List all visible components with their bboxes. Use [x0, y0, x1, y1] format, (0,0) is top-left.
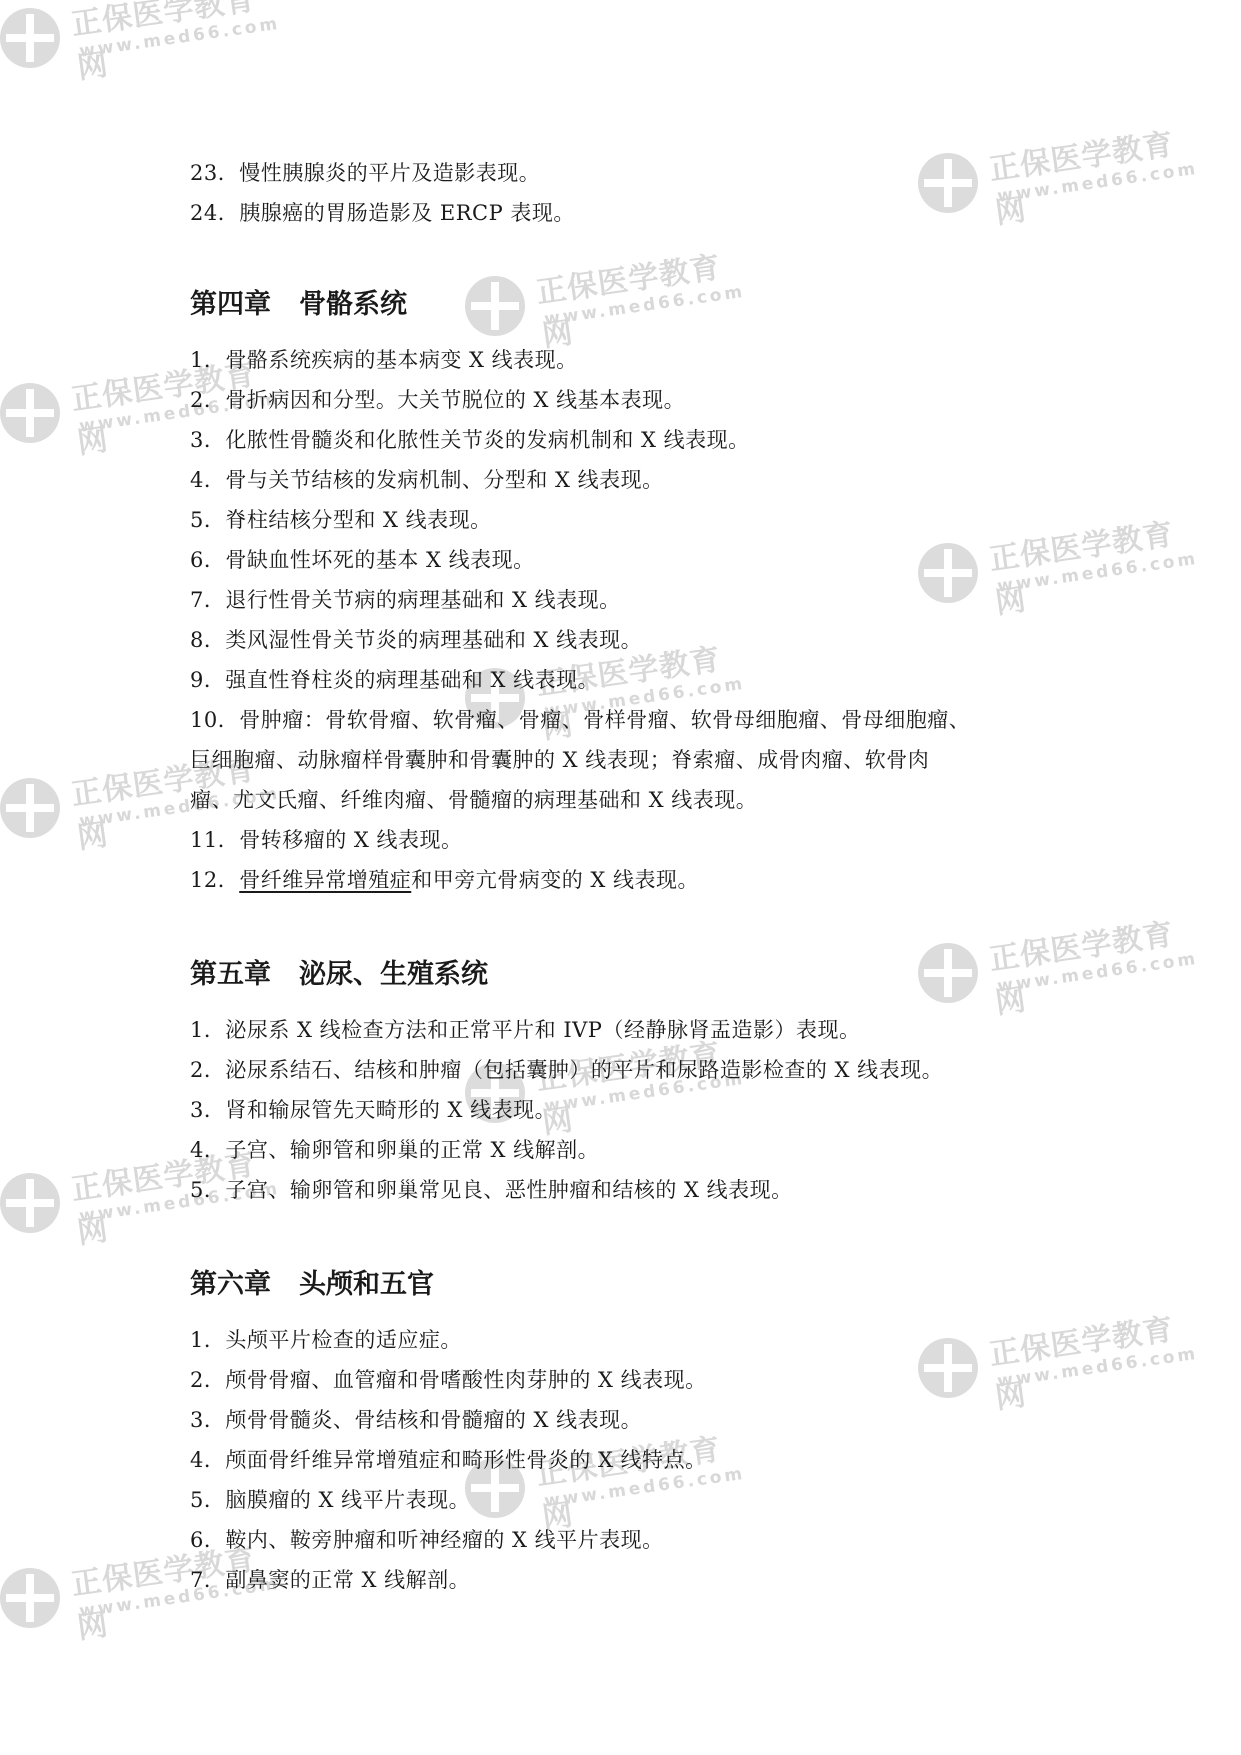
list-item: 2．颅骨骨瘤、血管瘤和骨嗜酸性肉芽肿的 X 线表现。: [190, 1360, 707, 1400]
list-item-continuation: 瘤、尤文氏瘤、纤维肉瘤、骨髓瘤的病理基础和 X 线表现。: [190, 780, 757, 820]
document-page: 正保医学教育网 www.med66.com 正保医学教育网 www.med66.…: [0, 0, 1241, 1755]
list-item: 24．胰腺癌的胃肠造影及 ERCP 表现。: [190, 193, 575, 233]
watermark: 正保医学教育网 www.med66.com: [918, 1330, 1188, 1410]
list-item: 9．强直性脊柱炎的病理基础和 X 线表现。: [190, 660, 599, 700]
list-item: 5．脊柱结核分型和 X 线表现。: [190, 500, 492, 540]
list-item: 4．子宫、输卵管和卵巢的正常 X 线解剖。: [190, 1130, 599, 1170]
chapter-label: 第五章: [190, 959, 271, 990]
watermark: 正保医学教育网 www.med66.com: [918, 535, 1188, 615]
underlined-term: 骨纤维异常增殖症: [239, 868, 411, 892]
watermark-url: www.med66.com: [996, 159, 1199, 207]
item-text: 子宫、输卵管和卵巢的正常 X 线解剖。: [225, 1138, 599, 1162]
list-item: 5．子宫、输卵管和卵巢常见良、恶性肿瘤和结核的 X 线表现。: [190, 1170, 793, 1210]
list-item: 1．头颅平片检查的适应症。: [190, 1320, 462, 1360]
chapter-heading: 第四章骨骼系统: [190, 285, 407, 325]
list-item: 11．骨转移瘤的 X 线表现。: [190, 820, 463, 860]
watermark-logo-icon: [918, 1338, 978, 1398]
list-item-continuation: 巨细胞瘤、动脉瘤样骨囊肿和骨囊肿的 X 线表现；脊索瘤、成骨肉瘤、软骨肉: [190, 740, 929, 780]
watermark-logo-icon: [918, 543, 978, 603]
item-number: 2．: [190, 1058, 225, 1082]
item-text: 颅骨骨髓炎、骨结核和骨髓瘤的 X 线表现。: [225, 1408, 642, 1432]
item-text: 骨转移瘤的 X 线表现。: [239, 828, 462, 852]
list-item: 1．泌尿系 X 线检查方法和正常平片和 IVP（经静脉肾盂造影）表现。: [190, 1010, 860, 1050]
item-number: 6．: [190, 548, 225, 572]
item-text: 退行性骨关节病的病理基础和 X 线表现。: [225, 588, 620, 612]
item-number: 6．: [190, 1528, 225, 1552]
list-item: 4．骨与关节结核的发病机制、分型和 X 线表现。: [190, 460, 664, 500]
watermark-logo-icon: [465, 276, 525, 336]
item-number: 4．: [190, 1448, 225, 1472]
item-text: 骨折病因和分型。大关节脱位的 X 线基本表现。: [225, 388, 685, 412]
item-number: 3．: [190, 1408, 225, 1432]
watermark-brand: 正保医学教育网: [533, 240, 745, 355]
watermark-url: www.med66.com: [543, 282, 746, 330]
item-text: 泌尿系结石、结核和肿瘤（包括囊肿）的平片和尿路造影检查的 X 线表现。: [225, 1058, 943, 1082]
chapter-heading: 第六章头颅和五官: [190, 1265, 434, 1305]
watermark-brand: 正保医学教育网: [986, 1302, 1198, 1417]
list-item: 3．颅骨骨髓炎、骨结核和骨髓瘤的 X 线表现。: [190, 1400, 642, 1440]
item-text: 化脓性骨髓炎和化脓性关节炎的发病机制和 X 线表现。: [225, 428, 749, 452]
list-item: 6．鞍内、鞍旁肿瘤和听神经瘤的 X 线平片表现。: [190, 1520, 664, 1560]
item-text: 副鼻窦的正常 X 线解剖。: [225, 1568, 470, 1592]
list-item: 4．颅面骨纤维异常增殖症和畸形性骨炎的 X 线特点。: [190, 1440, 707, 1480]
item-number: 11．: [190, 828, 239, 852]
list-item: 10．骨肿瘤：骨软骨瘤、软骨瘤、骨瘤、骨样骨瘤、软骨母细胞瘤、骨母细胞瘤、: [190, 700, 970, 740]
watermark-logo-icon: [0, 1173, 60, 1233]
item-text: 和甲旁亢骨病变的 X 线表现。: [411, 868, 699, 892]
item-number: 1．: [190, 1328, 225, 1352]
item-text: 鞍内、鞍旁肿瘤和听神经瘤的 X 线平片表现。: [225, 1528, 663, 1552]
watermark-logo-icon: [0, 1568, 60, 1628]
watermark-url: www.med66.com: [996, 949, 1199, 997]
item-text: 骨骼系统疾病的基本病变 X 线表现。: [225, 348, 577, 372]
list-item: 12．骨纤维异常增殖症和甲旁亢骨病变的 X 线表现。: [190, 860, 699, 900]
item-number: 9．: [190, 668, 225, 692]
list-item: 3．化脓性骨髓炎和化脓性关节炎的发病机制和 X 线表现。: [190, 420, 750, 460]
chapter-title: 泌尿、生殖系统: [299, 959, 488, 990]
item-number: 2．: [190, 1368, 225, 1392]
watermark-brand: 正保医学教育网: [68, 0, 280, 87]
watermark-logo-icon: [0, 383, 60, 443]
item-text: 胰腺癌的胃肠造影及 ERCP 表现。: [239, 201, 575, 225]
chapter-title: 骨骼系统: [299, 289, 407, 320]
watermark-brand: 正保医学教育网: [986, 907, 1198, 1022]
item-text: 骨肿瘤：骨软骨瘤、软骨瘤、骨瘤、骨样骨瘤、软骨母细胞瘤、骨母细胞瘤、: [239, 708, 970, 732]
item-text: 颅面骨纤维异常增殖症和畸形性骨炎的 X 线特点。: [225, 1448, 706, 1472]
item-number: 4．: [190, 1138, 225, 1162]
item-text: 头颅平片检查的适应症。: [225, 1328, 462, 1352]
watermark-url: www.med66.com: [996, 1344, 1199, 1392]
item-number: 5．: [190, 1488, 225, 1512]
list-item: 7．退行性骨关节病的病理基础和 X 线表现。: [190, 580, 621, 620]
list-item: 7．副鼻窦的正常 X 线解剖。: [190, 1560, 470, 1600]
list-item: 8．类风湿性骨关节炎的病理基础和 X 线表现。: [190, 620, 642, 660]
watermark: 正保医学教育网 www.med66.com: [0, 0, 270, 80]
item-number: 2．: [190, 388, 225, 412]
item-number: 1．: [190, 348, 225, 372]
item-text: 子宫、输卵管和卵巢常见良、恶性肿瘤和结核的 X 线表现。: [225, 1178, 792, 1202]
item-text: 脑膜瘤的 X 线平片表现。: [225, 1488, 470, 1512]
list-item: 5．脑膜瘤的 X 线平片表现。: [190, 1480, 470, 1520]
item-text: 脊柱结核分型和 X 线表现。: [225, 508, 491, 532]
item-text: 强直性脊柱炎的病理基础和 X 线表现。: [225, 668, 599, 692]
watermark-url: www.med66.com: [996, 549, 1199, 597]
watermark-logo-icon: [0, 8, 60, 68]
watermark-url: www.med66.com: [78, 14, 281, 62]
chapter-label: 第四章: [190, 289, 271, 320]
item-text: 慢性胰腺炎的平片及造影表现。: [239, 161, 540, 185]
watermark-logo-icon: [918, 943, 978, 1003]
item-text: 肾和输尿管先天畸形的 X 线表现。: [225, 1098, 556, 1122]
item-number: 1．: [190, 1018, 225, 1042]
item-text: 泌尿系 X 线检查方法和正常平片和 IVP（经静脉肾盂造影）表现。: [225, 1018, 860, 1042]
chapter-title: 头颅和五官: [299, 1269, 434, 1300]
item-number: 3．: [190, 428, 225, 452]
item-number: 5．: [190, 508, 225, 532]
list-item: 3．肾和输尿管先天畸形的 X 线表现。: [190, 1090, 556, 1130]
watermark-logo-icon: [0, 778, 60, 838]
item-number: 12．: [190, 868, 239, 892]
chapter-heading: 第五章泌尿、生殖系统: [190, 955, 488, 995]
watermark: 正保医学教育网 www.med66.com: [465, 268, 735, 348]
chapter-label: 第六章: [190, 1269, 271, 1300]
item-text: 类风湿性骨关节炎的病理基础和 X 线表现。: [225, 628, 642, 652]
item-number: 4．: [190, 468, 225, 492]
watermark-logo-icon: [918, 153, 978, 213]
watermark: 正保医学教育网 www.med66.com: [918, 935, 1188, 1015]
item-number: 8．: [190, 628, 225, 652]
watermark: 正保医学教育网 www.med66.com: [918, 145, 1188, 225]
item-number: 7．: [190, 1568, 225, 1592]
list-item: 1．骨骼系统疾病的基本病变 X 线表现。: [190, 340, 578, 380]
item-text: 巨细胞瘤、动脉瘤样骨囊肿和骨囊肿的 X 线表现；脊索瘤、成骨肉瘤、软骨肉: [190, 748, 929, 772]
list-item: 6．骨缺血性坏死的基本 X 线表现。: [190, 540, 535, 580]
list-item: 2．泌尿系结石、结核和肿瘤（包括囊肿）的平片和尿路造影检查的 X 线表现。: [190, 1050, 943, 1090]
item-number: 5．: [190, 1178, 225, 1202]
watermark-brand: 正保医学教育网: [986, 117, 1198, 232]
item-text: 颅骨骨瘤、血管瘤和骨嗜酸性肉芽肿的 X 线表现。: [225, 1368, 706, 1392]
item-text: 瘤、尤文氏瘤、纤维肉瘤、骨髓瘤的病理基础和 X 线表现。: [190, 788, 757, 812]
item-number: 7．: [190, 588, 225, 612]
item-text: 骨缺血性坏死的基本 X 线表现。: [225, 548, 534, 572]
watermark-brand: 正保医学教育网: [986, 507, 1198, 622]
list-item: 23．慢性胰腺炎的平片及造影表现。: [190, 153, 540, 193]
item-text: 骨与关节结核的发病机制、分型和 X 线表现。: [225, 468, 663, 492]
list-item: 2．骨折病因和分型。大关节脱位的 X 线基本表现。: [190, 380, 685, 420]
item-number: 10．: [190, 708, 239, 732]
item-number: 23．: [190, 153, 239, 193]
item-number: 24．: [190, 193, 239, 233]
item-number: 3．: [190, 1098, 225, 1122]
